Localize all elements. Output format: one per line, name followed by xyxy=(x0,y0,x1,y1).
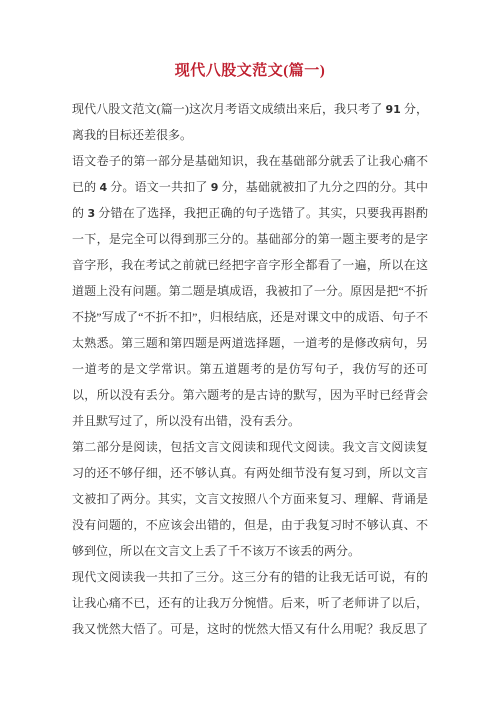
text-line: 文被扣了两分。其实，文言文按照八个方面来复习、理解、背诵是 xyxy=(72,486,428,512)
paragraph: 现代八股文范文(篇一)这次月考语文成绩出来后，我只考了 91 分，离我的目标还差… xyxy=(72,96,428,148)
text-line: 离我的目标还差很多。 xyxy=(72,122,428,148)
text-line: 语文卷子的第一部分是基础知识，我在基础部分就丢了让我心痛不 xyxy=(72,148,428,174)
text-line: 习的还不够仔细，还不够认真。有两处细节没有复习到，所以文言 xyxy=(72,460,428,486)
text-line: 没有问题的，不应该会出错的，但是，由于我复习时不够认真、不 xyxy=(72,512,428,538)
text-line: 第二部分是阅读，包括文言文阅读和现代文阅读。我文言文阅读复 xyxy=(72,434,428,460)
text-line: 现代文阅读我一共扣了三分。这三分有的错的让我无话可说，有的 xyxy=(72,564,428,590)
text-line: 够到位，所以在文言文上丢了千不该万不该丢的两分。 xyxy=(72,538,428,564)
text-line: 一道考的是文学常识。第五道题考的是仿写句子，我仿写的还可 xyxy=(72,356,428,382)
paragraph: 语文卷子的第一部分是基础知识，我在基础部分就丢了让我心痛不已的 4 分。语文一共… xyxy=(72,148,428,434)
paragraph: 现代文阅读我一共扣了三分。这三分有的错的让我无话可说，有的让我心痛不已，还有的让… xyxy=(72,564,428,642)
paragraphs: 现代八股文范文(篇一)这次月考语文成绩出来后，我只考了 91 分，离我的目标还差… xyxy=(72,96,428,642)
text-line: 已的 4 分。语文一共扣了 9 分，基础就被扣了九分之四的分。其中 xyxy=(72,174,428,200)
text-line: 不挠”写成了“不折不扣”，归根结底，还是对课文中的成语、句子不 xyxy=(72,304,428,330)
document-content: 现代八股文范文(篇一) 现代八股文范文(篇一)这次月考语文成绩出来后，我只考了 … xyxy=(0,0,500,642)
text-line: 以，所以没有丢分。第六题考的是古诗的默写，因为平时已经背会 xyxy=(72,382,428,408)
document-title: 现代八股文范文(篇一) xyxy=(72,60,428,82)
text-line: 并且默写过了，所以没有出错，没有丢分。 xyxy=(72,408,428,434)
text-line: 道题上没有问题。第二题是填成语，我被扣了一分。原因是把“不折 xyxy=(72,278,428,304)
text-line: 的 3 分错在了选择，我把正确的句子选错了。其实，只要我再斟酌 xyxy=(72,200,428,226)
document-page: 现代八股文范文(篇一) 现代八股文范文(篇一)这次月考语文成绩出来后，我只考了 … xyxy=(0,0,500,707)
text-line: 音字形，我在考试之前就已经把字音字形全都看了一遍，所以在这 xyxy=(72,252,428,278)
text-line: 让我心痛不已，还有的让我万分惋惜。后来，听了老师讲了以后， xyxy=(72,590,428,616)
text-line: 现代八股文范文(篇一)这次月考语文成绩出来后，我只考了 91 分， xyxy=(72,96,428,122)
text-line: 我又恍然大悟了。可是，这时的恍然大悟又有什么用呢？我反思了 xyxy=(72,616,428,642)
paragraph: 第二部分是阅读，包括文言文阅读和现代文阅读。我文言文阅读复习的还不够仔细，还不够… xyxy=(72,434,428,564)
text-line: 太熟悉。第三题和第四题是两道选择题，一道考的是修改病句，另 xyxy=(72,330,428,356)
text-line: 一下，是完全可以得到那三分的。基础部分的第一题主要考的是字 xyxy=(72,226,428,252)
